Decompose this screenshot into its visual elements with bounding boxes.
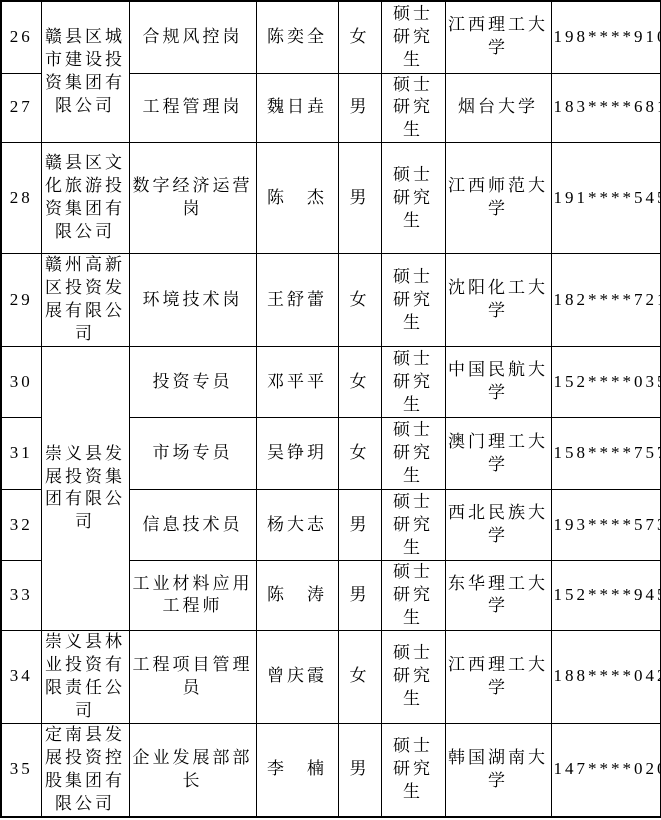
row-number-cell: 34 xyxy=(1,630,41,723)
row-number-cell: 33 xyxy=(1,561,41,631)
phone-cell: 198****9108 xyxy=(551,1,660,73)
row-number-cell: 31 xyxy=(1,418,41,490)
degree-cell: 硕士研究生 xyxy=(381,490,445,561)
gender-cell: 女 xyxy=(338,1,381,73)
position-cell: 企业发展部部长 xyxy=(129,723,256,816)
company-cell: 赣县区文化旅游投资集团有限公司 xyxy=(41,143,129,254)
position-cell: 数字经济运营岗 xyxy=(129,143,256,254)
gender-cell: 女 xyxy=(338,254,381,347)
table-row: 28 赣县区文化旅游投资集团有限公司 数字经济运营岗 陈 杰 男 硕士研究生 江… xyxy=(1,143,660,254)
name-cell: 魏日垚 xyxy=(256,73,338,143)
school-cell: 江西理工大学 xyxy=(445,1,551,73)
table-row: 35 定南县发展投资控股集团有限公司 企业发展部部长 李 楠 男 硕士研究生 韩… xyxy=(1,723,660,816)
gender-cell: 男 xyxy=(338,73,381,143)
degree-cell: 硕士研究生 xyxy=(381,561,445,631)
position-cell: 投资专员 xyxy=(129,347,256,418)
table-row: 30 崇义县发展投资集团有限公司 投资专员 邓平平 女 硕士研究生 中国民航大学… xyxy=(1,347,660,418)
name-cell: 王舒蕾 xyxy=(256,254,338,347)
row-number-cell: 27 xyxy=(1,73,41,143)
gender-cell: 女 xyxy=(338,418,381,490)
row-number-cell: 26 xyxy=(1,1,41,73)
degree-cell: 硕士研究生 xyxy=(381,630,445,723)
position-cell: 工程项目管理员 xyxy=(129,630,256,723)
name-cell: 陈 杰 xyxy=(256,143,338,254)
school-cell: 沈阳化工大学 xyxy=(445,254,551,347)
school-cell: 西北民族大学 xyxy=(445,490,551,561)
degree-cell: 硕士研究生 xyxy=(381,418,445,490)
gender-cell: 女 xyxy=(338,630,381,723)
phone-cell: 191****5459 xyxy=(551,143,660,254)
company-cell: 赣县区城市建设投资集团有限公司 xyxy=(41,1,129,143)
table-row: 26 赣县区城市建设投资集团有限公司 合规风控岗 陈奕全 女 硕士研究生 江西理… xyxy=(1,1,660,73)
name-cell: 吴铮玥 xyxy=(256,418,338,490)
phone-cell: 152****0358 xyxy=(551,347,660,418)
school-cell: 澳门理工大学 xyxy=(445,418,551,490)
name-cell: 杨大志 xyxy=(256,490,338,561)
position-cell: 市场专员 xyxy=(129,418,256,490)
phone-cell: 188****0428 xyxy=(551,630,660,723)
phone-cell: 182****7214 xyxy=(551,254,660,347)
name-cell: 陈奕全 xyxy=(256,1,338,73)
degree-cell: 硕士研究生 xyxy=(381,1,445,73)
degree-cell: 硕士研究生 xyxy=(381,723,445,816)
company-cell: 定南县发展投资控股集团有限公司 xyxy=(41,723,129,816)
position-cell: 合规风控岗 xyxy=(129,1,256,73)
gender-cell: 男 xyxy=(338,490,381,561)
recruitment-roster-table: 26 赣县区城市建设投资集团有限公司 合规风控岗 陈奕全 女 硕士研究生 江西理… xyxy=(0,0,661,818)
gender-cell: 男 xyxy=(338,143,381,254)
phone-cell: 152****9450 xyxy=(551,561,660,631)
name-cell: 陈 涛 xyxy=(256,561,338,631)
school-cell: 烟台大学 xyxy=(445,73,551,143)
document-page: 26 赣县区城市建设投资集团有限公司 合规风控岗 陈奕全 女 硕士研究生 江西理… xyxy=(0,0,661,820)
company-cell: 崇义县林业投资有限责任公司 xyxy=(41,630,129,723)
phone-cell: 193****5737 xyxy=(551,490,660,561)
degree-cell: 硕士研究生 xyxy=(381,73,445,143)
phone-cell: 183****6816 xyxy=(551,73,660,143)
gender-cell: 男 xyxy=(338,561,381,631)
degree-cell: 硕士研究生 xyxy=(381,143,445,254)
degree-cell: 硕士研究生 xyxy=(381,347,445,418)
position-cell: 信息技术员 xyxy=(129,490,256,561)
school-cell: 韩国湖南大学 xyxy=(445,723,551,816)
row-number-cell: 28 xyxy=(1,143,41,254)
gender-cell: 女 xyxy=(338,347,381,418)
company-cell: 赣州高新区投资发展有限公司 xyxy=(41,254,129,347)
name-cell: 李 楠 xyxy=(256,723,338,816)
table-row: 34 崇义县林业投资有限责任公司 工程项目管理员 曾庆霞 女 硕士研究生 江西理… xyxy=(1,630,660,723)
row-number-cell: 32 xyxy=(1,490,41,561)
position-cell: 工程管理岗 xyxy=(129,73,256,143)
row-number-cell: 30 xyxy=(1,347,41,418)
school-cell: 江西理工大学 xyxy=(445,630,551,723)
name-cell: 邓平平 xyxy=(256,347,338,418)
gender-cell: 男 xyxy=(338,723,381,816)
row-number-cell: 29 xyxy=(1,254,41,347)
phone-cell: 158****7573 xyxy=(551,418,660,490)
position-cell: 工业材料应用工程师 xyxy=(129,561,256,631)
phone-cell: 147****0202 xyxy=(551,723,660,816)
table-row: 29 赣州高新区投资发展有限公司 环境技术岗 王舒蕾 女 硕士研究生 沈阳化工大… xyxy=(1,254,660,347)
name-cell: 曾庆霞 xyxy=(256,630,338,723)
company-cell: 崇义县发展投资集团有限公司 xyxy=(41,347,129,631)
row-number-cell: 35 xyxy=(1,723,41,816)
school-cell: 中国民航大学 xyxy=(445,347,551,418)
position-cell: 环境技术岗 xyxy=(129,254,256,347)
degree-cell: 硕士研究生 xyxy=(381,254,445,347)
school-cell: 东华理工大学 xyxy=(445,561,551,631)
school-cell: 江西师范大学 xyxy=(445,143,551,254)
